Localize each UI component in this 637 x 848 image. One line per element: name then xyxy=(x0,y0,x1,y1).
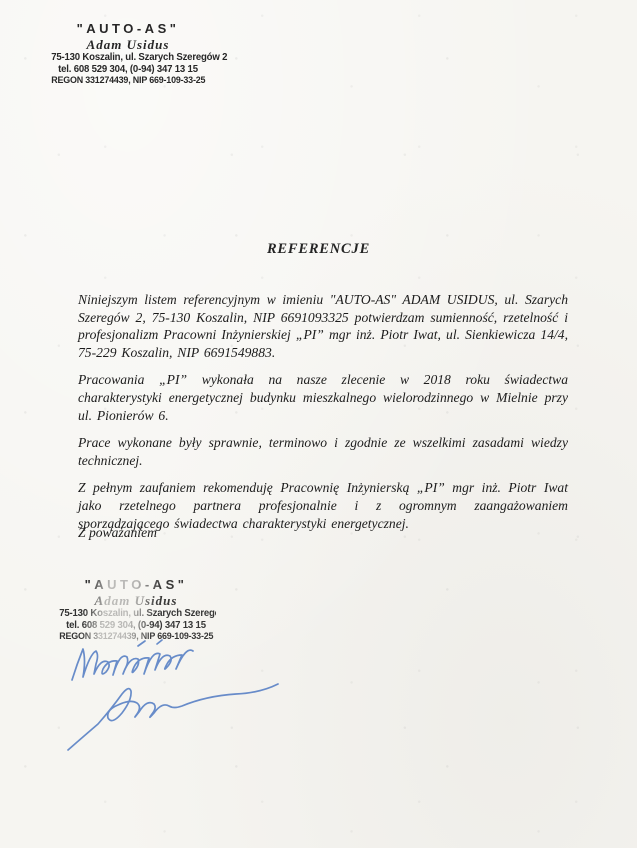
stamp-company-name: "AUTO-AS" xyxy=(56,578,216,592)
signature-diacritic-stroke xyxy=(157,640,162,644)
signature-firstname-stroke xyxy=(68,684,278,750)
stamp-phone: tel. 608 529 304, (0-94) 347 13 15 xyxy=(59,621,213,632)
stamp-regon-nip: REGON 331274439, NIP 669-109-33-25 xyxy=(51,76,205,86)
company-stamp-top: "AUTO-AS" Adam Usidus 75-130 Koszalin, u… xyxy=(48,22,208,86)
handwritten-signature xyxy=(50,636,305,756)
document-title: REFERENCJE xyxy=(0,241,637,258)
paragraph-scope-of-work: Pracowania „PI” wykonała na nasze zlecen… xyxy=(78,371,568,424)
company-stamp-bottom: "AUTO-AS" Adam Usidus 75-130 Koszalin, u… xyxy=(56,578,216,642)
stamp-address: 75-130 Koszalin, ul. Szarych Szeregów 2 xyxy=(59,609,213,620)
stamp-address: 75-130 Koszalin, ul. Szarych Szeregów 2 xyxy=(51,53,205,64)
document-page: "AUTO-AS" Adam Usidus 75-130 Koszalin, u… xyxy=(0,0,637,848)
stamp-phone: tel. 608 529 304, (0-94) 347 13 15 xyxy=(51,65,205,76)
stamp-owner-name: Adam Usidus xyxy=(56,594,216,608)
paragraph-work-quality: Prace wykonane były sprawnie, terminowo … xyxy=(78,434,568,469)
signature-diacritic-stroke xyxy=(138,641,145,646)
paragraph-introduction: Niniejszym listem referencyjnym w imieni… xyxy=(78,291,568,361)
closing-salutation: Z poważaniem xyxy=(78,525,157,541)
letter-body: Niniejszym listem referencyjnym w imieni… xyxy=(78,291,568,542)
signature-surname-stroke xyxy=(72,649,193,680)
stamp-owner-name: Adam Usidus xyxy=(48,38,208,52)
stamp-company-name: "AUTO-AS" xyxy=(48,22,208,36)
